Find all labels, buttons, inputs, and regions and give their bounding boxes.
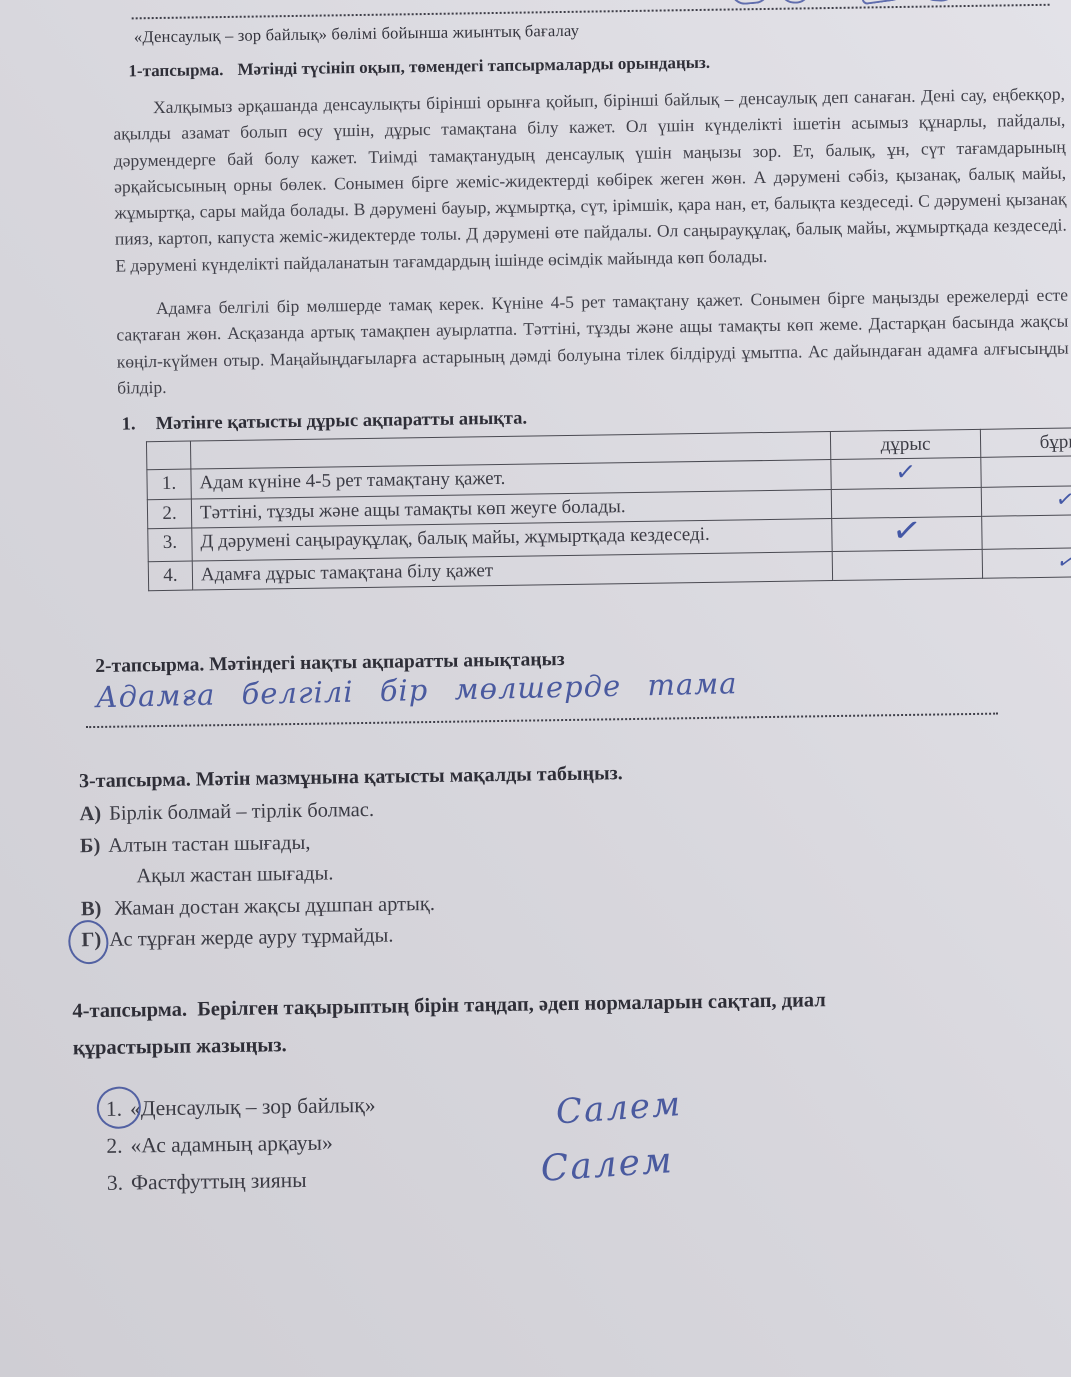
subtask-text: Мәтінге қатысты дұрыс ақпаратты анықта.	[156, 409, 528, 435]
paper-sheet: «Денсаулық – зор байлық» бөлімі бойынша …	[0, 0, 1071, 1377]
column-header-wrong: бұрыс	[980, 427, 1071, 457]
task1-label: 1-тапсырма.	[128, 60, 223, 80]
option-text: Ас тұрған жерде ауру тұрмайды.	[109, 925, 394, 951]
subtask-number: 1.	[122, 414, 156, 436]
task2-answer-line[interactable]: Адамға белгілі бір мөлшерде тама	[86, 669, 999, 729]
correct-cell[interactable]: ✓	[832, 517, 982, 552]
task1-heading: 1-тапсырма.Мәтінді түсініп оқып, төменде…	[128, 47, 1071, 82]
pen-circle-mark	[65, 918, 111, 968]
checkmark: ✓	[895, 459, 917, 486]
topic-number: 2.	[106, 1133, 122, 1157]
task4-heading: 4-тапсырма. Берілген тақырыптың бірін та…	[72, 977, 1071, 1067]
topic-text: Фастфуттың зияны	[131, 1168, 307, 1195]
option-letter: В)	[81, 898, 102, 920]
handwritten-word-salem-1: Салем	[555, 1084, 684, 1132]
checkmark: ✓	[1053, 549, 1071, 577]
pen-scribble	[779, 0, 810, 5]
topic-text: «Денсаулық – зор байлық»	[130, 1093, 376, 1121]
checkmark: ✓	[891, 517, 923, 546]
row-number: 4.	[148, 561, 192, 591]
task1-instruction: Мәтінді түсініп оқып, төмендегі тапсырма…	[237, 53, 710, 79]
pen-circle-mark	[94, 1084, 143, 1131]
task4-instruction: Берілген тақырыптың бірін таңдап, әдеп н…	[197, 989, 826, 1020]
wrong-cell[interactable]: ✓	[981, 485, 1071, 516]
row-number: 3.	[148, 528, 192, 562]
reading-text-paragraph-2: Адамға белгілі бір мөлшерде тамақ керек.…	[116, 282, 1069, 401]
option-text: Ақыл жастан шығады.	[136, 863, 333, 888]
task2-label: 2-тапсырма.	[95, 655, 204, 678]
true-false-table: дұрыс бұрыс 1. Адам күніне 4-5 рет тамақ…	[146, 427, 1071, 592]
task3-label: 3-тапсырма.	[79, 769, 191, 793]
reading-text-paragraph-1: Халқымыз әрқашанда денсаулықты бірінші о…	[113, 81, 1068, 279]
task3-options: А)Бірлік болмай – тірлік болмас. Б)Алтын…	[79, 784, 1071, 957]
wrong-cell[interactable]: ✓	[982, 547, 1071, 578]
correct-cell[interactable]: ✓	[831, 458, 981, 490]
column-header-correct: дұрыс	[830, 430, 980, 460]
wrong-cell[interactable]	[981, 455, 1071, 487]
option-letter: Б)	[80, 835, 101, 857]
option-letter: А)	[79, 803, 101, 825]
option-text: Бірлік болмай – тірлік болмас.	[109, 799, 374, 825]
checkmark: ✓	[1054, 487, 1071, 515]
row-number: 2.	[147, 499, 191, 529]
document-title: «Денсаулық – зор байлық» бөлімі бойынша …	[134, 13, 1071, 48]
header-empty-cell	[146, 441, 190, 470]
correct-cell[interactable]	[832, 550, 982, 581]
task4-label: 4-тапсырма.	[72, 998, 187, 1022]
topic-number: 3.	[107, 1170, 123, 1194]
pen-scribble	[921, 0, 956, 2]
option-text: Жаман достан жақсы дұшпан артық.	[114, 893, 435, 920]
wrong-cell[interactable]	[982, 514, 1071, 549]
row-number: 1.	[147, 469, 191, 500]
topic-text: «Ас адамның арқауы»	[130, 1130, 333, 1157]
pen-scribble	[731, 0, 770, 6]
pen-scribble	[861, 0, 906, 5]
option-text: Алтын тастан шығады,	[108, 832, 310, 857]
task3-instruction: Мәтін мазмұнына қатысты мақалды табыңыз.	[196, 762, 623, 790]
